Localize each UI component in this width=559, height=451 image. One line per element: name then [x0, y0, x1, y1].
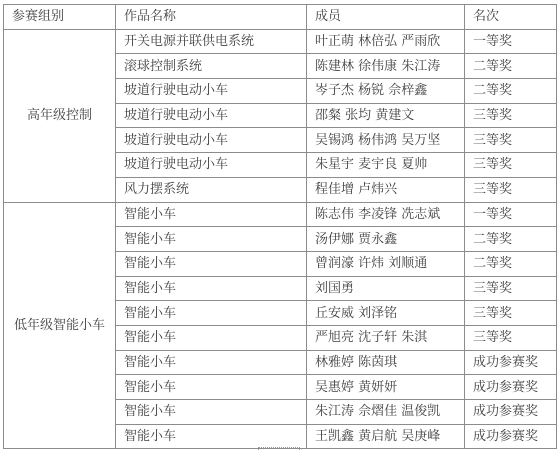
rank-cell: 三等奖	[465, 325, 557, 350]
column-header-rank: 名次	[465, 5, 557, 30]
group-cell-senior: 高年级控制	[4, 29, 116, 202]
rank-cell: 二等奖	[465, 79, 557, 104]
members-cell: 曾润濠 许炜 刘顺通	[307, 251, 465, 276]
rank-cell: 三等奖	[465, 103, 557, 128]
members-cell: 陈志伟 李凌锋 冼志斌	[307, 202, 465, 227]
members-cell: 汤伊娜 贾永鑫	[307, 227, 465, 252]
members-cell: 岑子杰 杨锐 佘梓鑫	[307, 79, 465, 104]
table-resize-handle-artifact	[258, 447, 300, 451]
work-name-cell: 智能小车	[116, 350, 307, 375]
column-header-group: 参赛组别	[4, 5, 116, 30]
rank-cell: 成功参赛奖	[465, 375, 557, 400]
rank-cell: 二等奖	[465, 251, 557, 276]
work-name-cell: 智能小车	[116, 202, 307, 227]
column-header-work: 作品名称	[116, 5, 307, 30]
rank-cell: 三等奖	[465, 177, 557, 202]
rank-cell: 三等奖	[465, 276, 557, 301]
rank-cell: 三等奖	[465, 301, 557, 326]
award-results-table: 参赛组别 作品名称 成员 名次 高年级控制 开关电源并联供电系统 叶正萌 林倍弘…	[3, 4, 557, 449]
members-cell: 丘安威 刘泽铭	[307, 301, 465, 326]
members-cell: 王凯鑫 黄启航 吴庚峰	[307, 424, 465, 449]
work-name-cell: 智能小车	[116, 424, 307, 449]
rank-cell: 一等奖	[465, 202, 557, 227]
rank-cell: 三等奖	[465, 153, 557, 178]
members-cell: 邵粲 张均 黄建文	[307, 103, 465, 128]
members-cell: 严旭亮 沈子轩 朱淇	[307, 325, 465, 350]
work-name-cell: 坡道行驶电动小车	[116, 79, 307, 104]
members-cell: 林雅婷 陈茵琪	[307, 350, 465, 375]
column-header-members: 成员	[307, 5, 465, 30]
work-name-cell: 智能小车	[116, 301, 307, 326]
work-name-cell: 坡道行驶电动小车	[116, 103, 307, 128]
work-name-cell: 坡道行驶电动小车	[116, 128, 307, 153]
members-cell: 陈建林 徐伟康 朱江涛	[307, 54, 465, 79]
members-cell: 吴锡鸿 杨伟鸿 吴万坚	[307, 128, 465, 153]
work-name-cell: 坡道行驶电动小车	[116, 153, 307, 178]
rank-cell: 成功参赛奖	[465, 350, 557, 375]
work-name-cell: 风力摆系统	[116, 177, 307, 202]
rank-cell: 成功参赛奖	[465, 424, 557, 449]
work-name-cell: 滚球控制系统	[116, 54, 307, 79]
members-cell: 朱江涛 佘熠佳 温俊凯	[307, 400, 465, 425]
work-name-cell: 智能小车	[116, 325, 307, 350]
work-name-cell: 智能小车	[116, 400, 307, 425]
members-cell: 吴惠婷 黄妍妍	[307, 375, 465, 400]
members-cell: 叶正萌 林倍弘 严雨欣	[307, 29, 465, 54]
work-name-cell: 智能小车	[116, 276, 307, 301]
group-cell-junior: 低年级智能小车	[4, 202, 116, 449]
work-name-cell: 智能小车	[116, 375, 307, 400]
rank-cell: 三等奖	[465, 128, 557, 153]
table-row: 高年级控制 开关电源并联供电系统 叶正萌 林倍弘 严雨欣 一等奖	[4, 29, 557, 54]
work-name-cell: 智能小车	[116, 227, 307, 252]
rank-cell: 成功参赛奖	[465, 400, 557, 425]
rank-cell: 二等奖	[465, 54, 557, 79]
members-cell: 刘国勇	[307, 276, 465, 301]
header-row: 参赛组别 作品名称 成员 名次	[4, 5, 557, 30]
table-row: 低年级智能小车 智能小车 陈志伟 李凌锋 冼志斌 一等奖	[4, 202, 557, 227]
members-cell: 程佳增 卢炜兴	[307, 177, 465, 202]
work-name-cell: 智能小车	[116, 251, 307, 276]
rank-cell: 一等奖	[465, 29, 557, 54]
work-name-cell: 开关电源并联供电系统	[116, 29, 307, 54]
members-cell: 朱星宇 麦宇良 夏帅	[307, 153, 465, 178]
rank-cell: 二等奖	[465, 227, 557, 252]
